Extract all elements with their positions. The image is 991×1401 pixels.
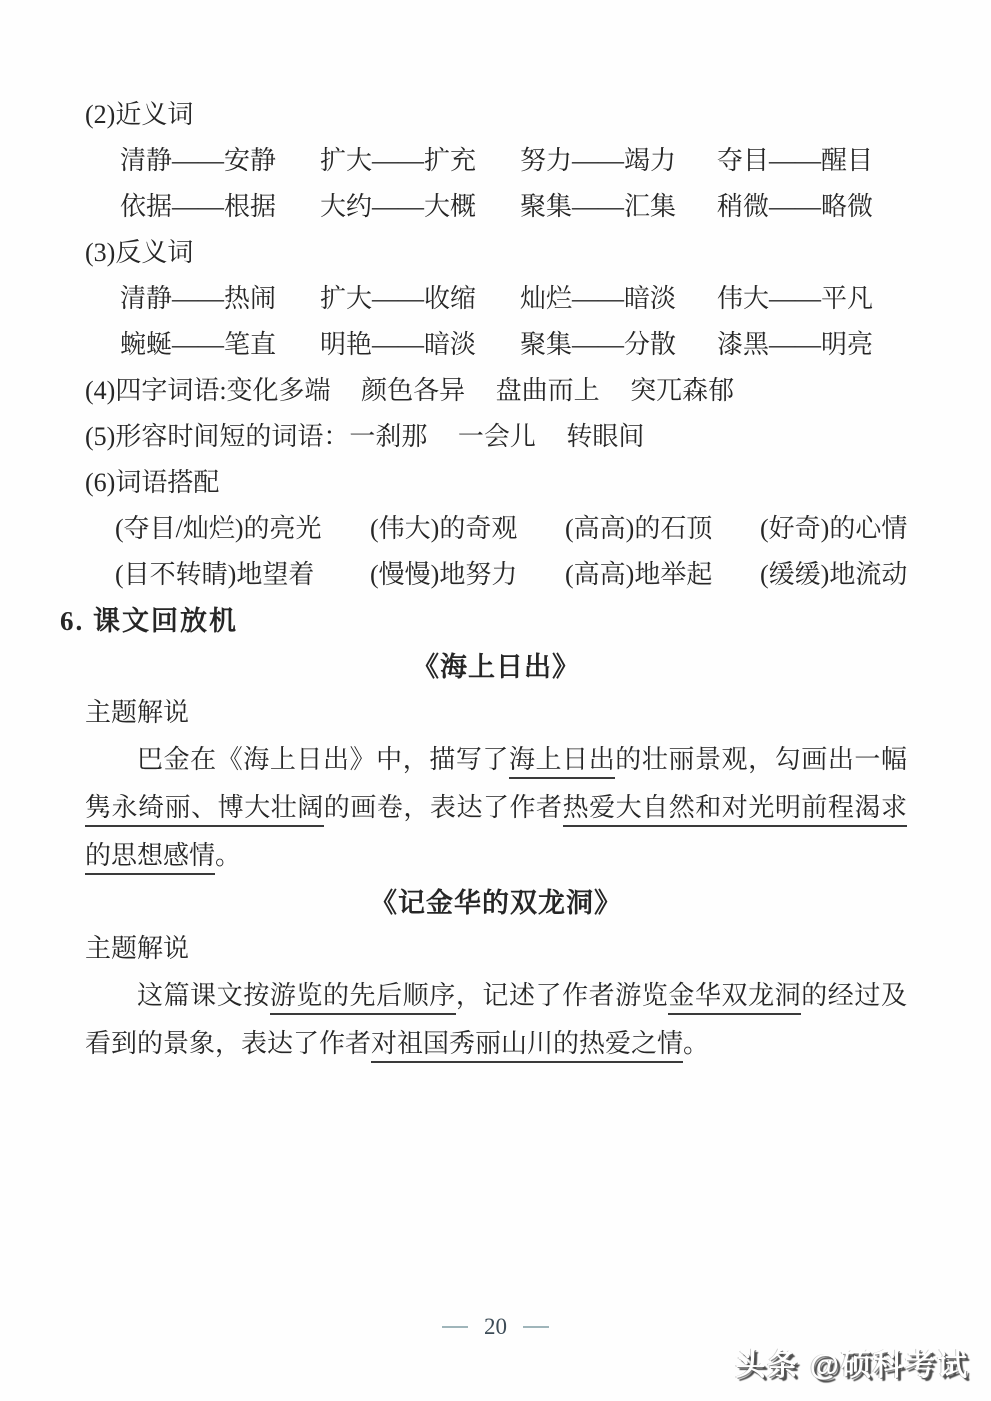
word-pair: 灿烂——暗淡	[520, 276, 717, 322]
word-pair: 蜿蜒——笔直	[120, 322, 320, 368]
collocation: (好奇)的心情	[760, 506, 907, 552]
underlined-segment: 金华双龙洞	[668, 981, 801, 1015]
synonyms-row: 清静——安静 扩大——扩充 努力——竭力 夺目——醒目	[85, 138, 907, 184]
four-char-item: 变化多端	[227, 376, 331, 405]
antonyms-row: 清静——热闹 扩大——收缩 灿烂——暗淡 伟大——平凡	[85, 276, 907, 322]
collocation: (夺目/灿烂)的亮光	[115, 506, 370, 552]
word-pair: 夺目——醒目	[717, 138, 907, 184]
collocations-row: (目不转睛)地望着 (慢慢)地努力 (高高)地举起 (缓缓)地流动	[85, 552, 907, 598]
collocation: (高高)的石顶	[565, 506, 760, 552]
text-segment: 这篇课文按	[137, 981, 270, 1010]
short-time-item: 一会儿	[458, 422, 536, 451]
collocation: (高高)地举起	[565, 552, 760, 598]
four-char-item: 盘曲而上	[496, 376, 600, 405]
four-char-words-line: (4)四字词语:变化多端 颜色各异 盘曲而上 突兀森郁	[85, 368, 907, 414]
word-pair: 清静——安静	[120, 138, 320, 184]
word-pair: 依据——根据	[120, 184, 320, 230]
word-pair: 扩大——扩充	[320, 138, 520, 184]
short-time-item: 一刹那	[349, 422, 427, 451]
text-segment: 。	[215, 841, 241, 870]
four-char-item: 颜色各异	[361, 376, 465, 405]
word-pair: 努力——竭力	[520, 138, 717, 184]
text-segment: 的壮丽景观，勾画出一幅	[615, 745, 907, 774]
underlined-segment: 隽永绮丽、博大壮阔	[85, 793, 324, 827]
underlined-segment: 海上日出	[509, 745, 615, 779]
word-pair: 稍微——略微	[717, 184, 907, 230]
theme-subtitle: 主题解说	[85, 690, 907, 736]
text-segment: 。	[683, 1029, 709, 1058]
word-pair: 清静——热闹	[120, 276, 320, 322]
word-pair: 漆黑——明亮	[717, 322, 907, 368]
word-pair: 明艳——暗淡	[320, 322, 520, 368]
short-time-label: (5)形容时间短的词语：	[85, 422, 349, 451]
four-char-item: 突兀森郁	[630, 376, 734, 405]
page-number: 20	[484, 1314, 507, 1339]
page-number-dash-right	[523, 1326, 549, 1328]
lesson-theme-paragraph: 巴金在《海上日出》中，描写了海上日出的壮丽景观，勾画出一幅隽永绮丽、博大壮阔的画…	[85, 736, 907, 880]
theme-subtitle: 主题解说	[85, 926, 907, 972]
text-segment: ，记述了作者游览	[456, 981, 669, 1010]
synonyms-section-label: (2)近义词	[85, 92, 907, 138]
lesson-review-heading: 6. 课文回放机	[60, 598, 882, 644]
collocations-row: (夺目/灿烂)的亮光 (伟大)的奇观 (高高)的石顶 (好奇)的心情	[85, 506, 907, 552]
document-page: (2)近义词 清静——安静 扩大——扩充 努力——竭力 夺目——醒目 依据——根…	[0, 0, 991, 1401]
short-time-item: 转眼间	[566, 422, 644, 451]
collocations-section-label: (6)词语搭配	[85, 460, 907, 506]
word-pair: 聚集——汇集	[520, 184, 717, 230]
page-content: (2)近义词 清静——安静 扩大——扩充 努力——竭力 夺目——醒目 依据——根…	[85, 92, 907, 1068]
lesson-theme-paragraph: 这篇课文按游览的先后顺序，记述了作者游览金华双龙洞的经过及看到的景象，表达了作者…	[85, 972, 907, 1068]
watermark-text: 头条 @硕科考试	[735, 1340, 969, 1384]
synonyms-row: 依据——根据 大约——大概 聚集——汇集 稍微——略微	[85, 184, 907, 230]
lesson-title-haishangrichu: 《海上日出》	[85, 644, 907, 690]
four-char-label: (4)四字词语:	[85, 376, 227, 405]
antonyms-row: 蜿蜒——笔直 明艳——暗淡 聚集——分散 漆黑——明亮	[85, 322, 907, 368]
page-footer: 20	[0, 1312, 991, 1342]
underlined-segment: 游览的先后顺序	[270, 981, 456, 1015]
page-number-dash-left	[442, 1326, 468, 1328]
collocation: (目不转睛)地望着	[115, 552, 370, 598]
text-segment: 的画卷，表达了作者	[324, 793, 563, 822]
text-segment: 巴金在《海上日出》中，描写了	[137, 745, 509, 774]
word-pair: 伟大——平凡	[717, 276, 907, 322]
short-time-words-line: (5)形容时间短的词语：一刹那 一会儿 转眼间	[85, 414, 907, 460]
underlined-segment: 对祖国秀丽山川的热爱之情	[371, 1029, 683, 1063]
antonyms-section-label: (3)反义词	[85, 230, 907, 276]
word-pair: 扩大——收缩	[320, 276, 520, 322]
collocation: (缓缓)地流动	[760, 552, 907, 598]
lesson-title-jinhua-shuanglongdong: 《记金华的双龙洞》	[85, 880, 907, 926]
collocation: (慢慢)地努力	[370, 552, 565, 598]
word-pair: 聚集——分散	[520, 322, 717, 368]
word-pair: 大约——大概	[320, 184, 520, 230]
collocation: (伟大)的奇观	[370, 506, 565, 552]
